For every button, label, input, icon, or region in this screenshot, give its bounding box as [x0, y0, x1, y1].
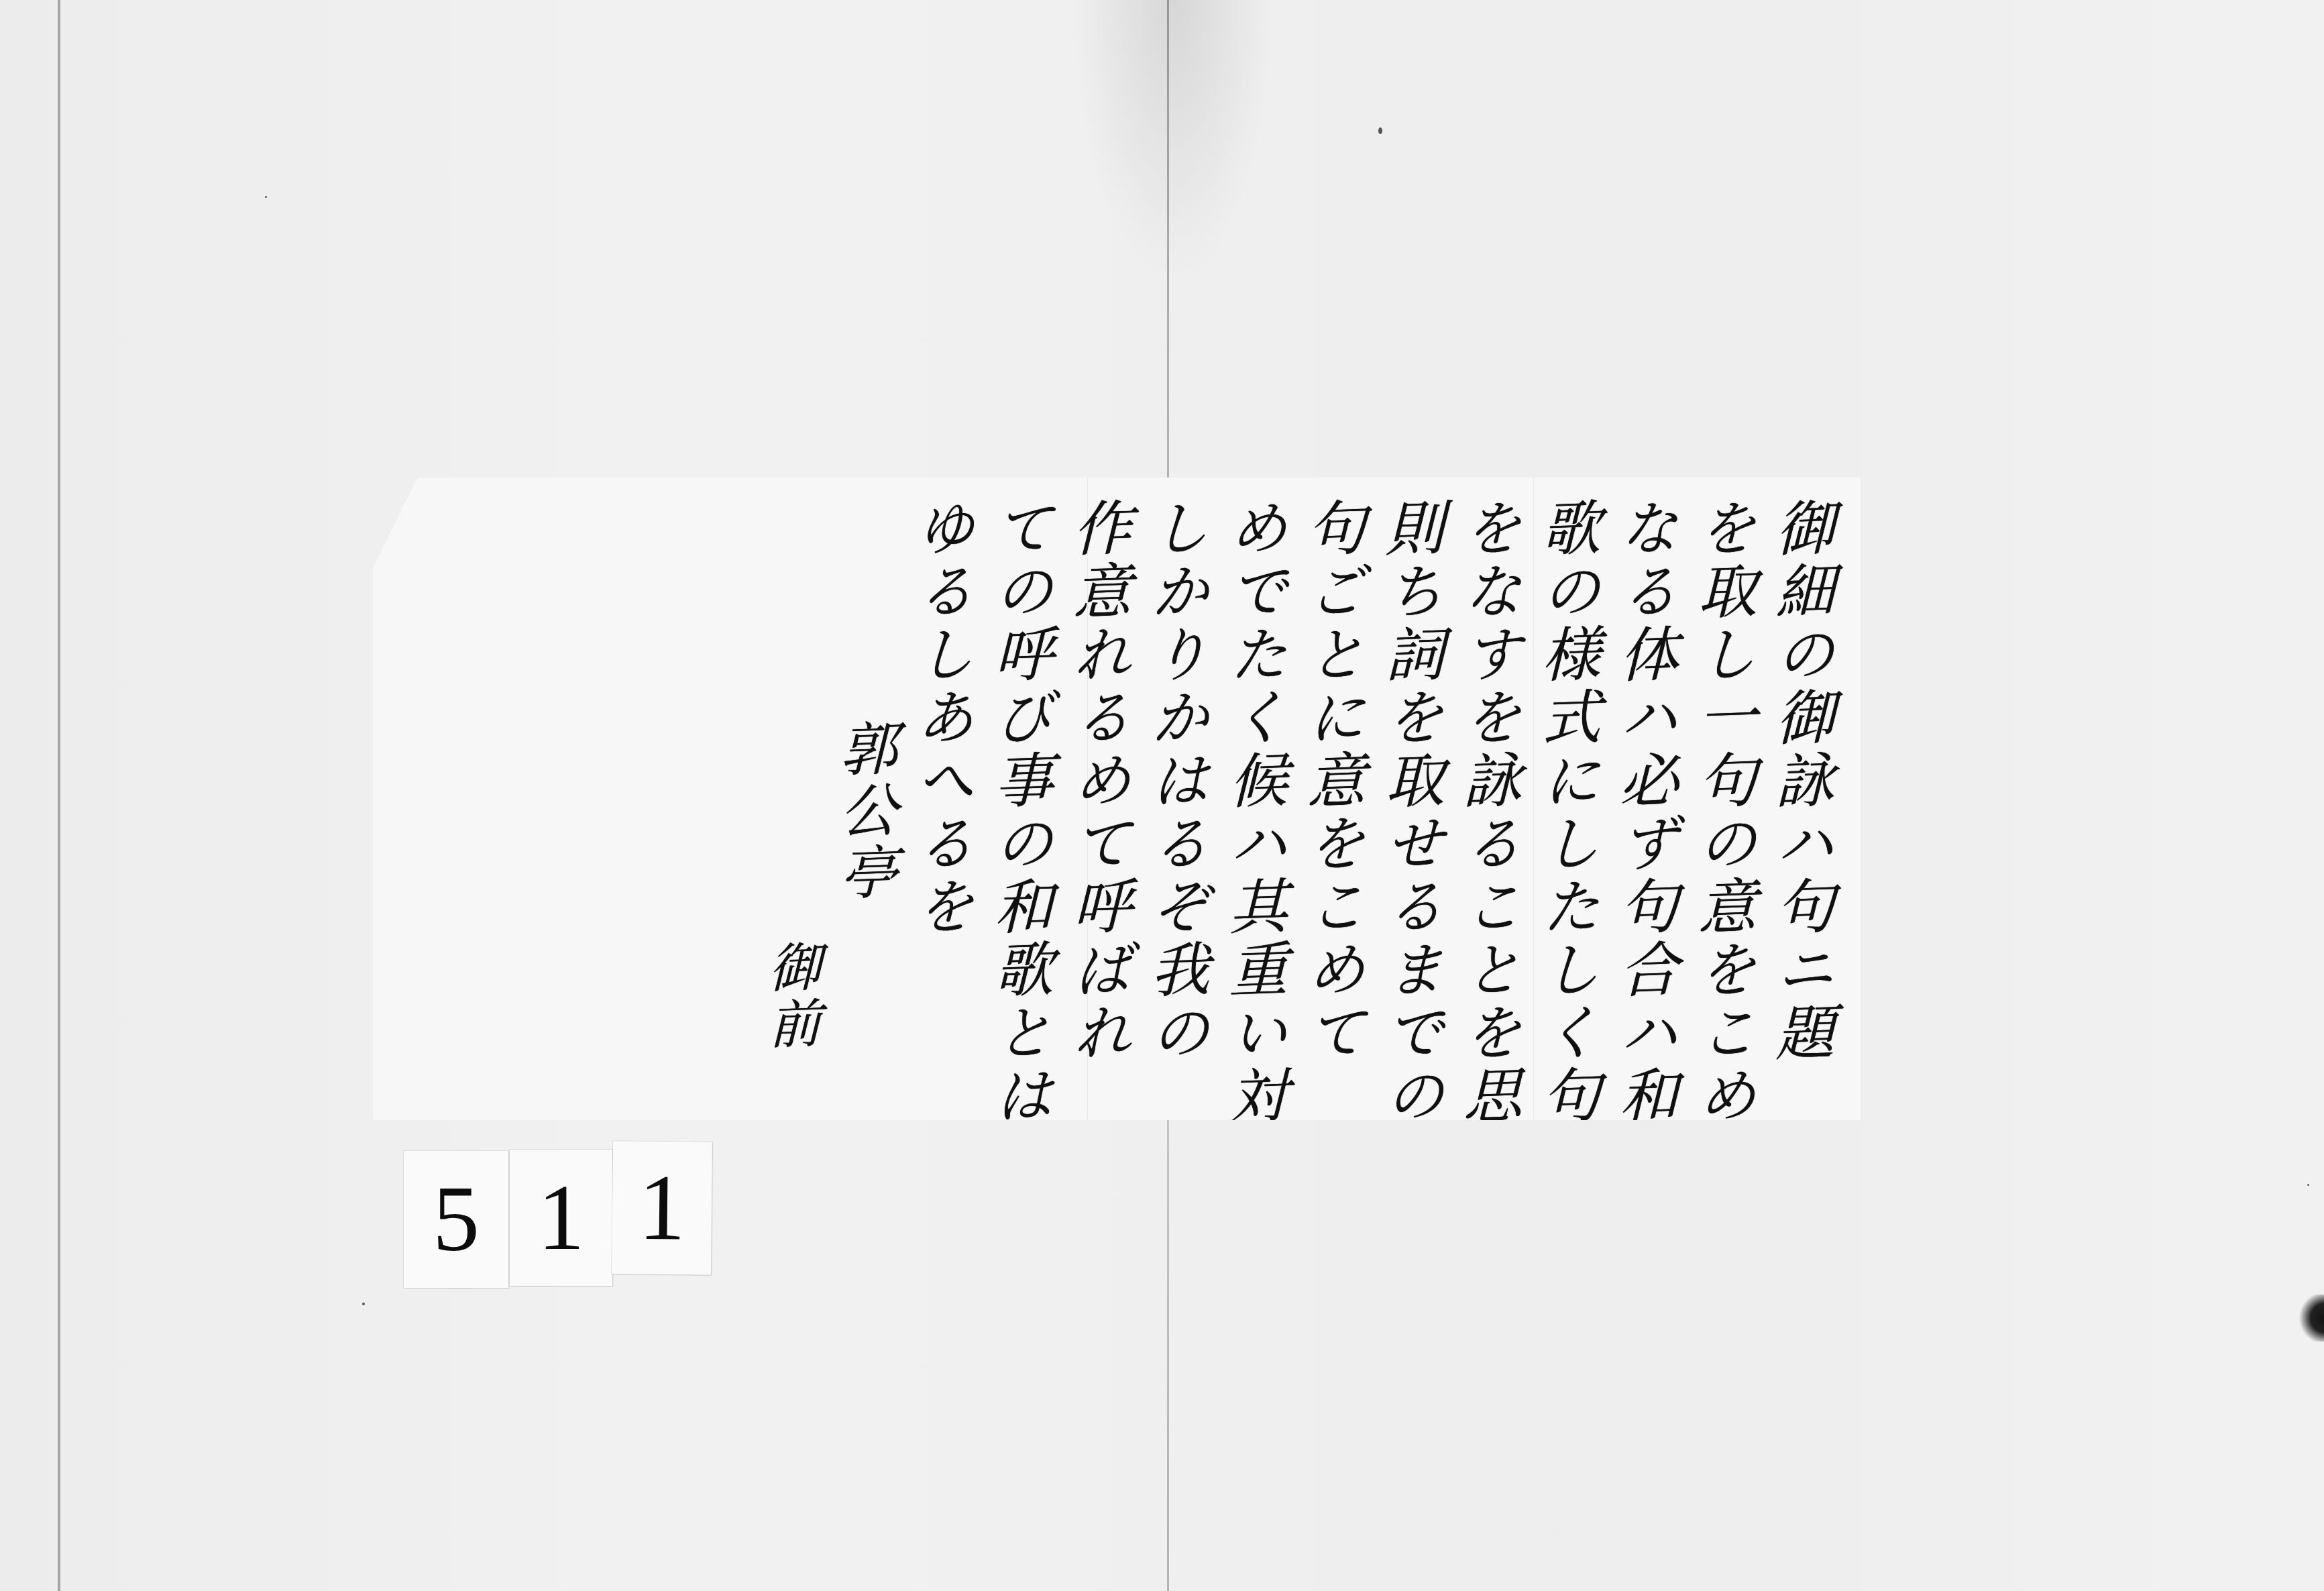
catalog-digit-3: 1 — [612, 1141, 712, 1275]
letter-paper: 御細の御詠ハ句ニ題 を取し一句の意をこめて なる体ハ必ず句合ハ和 歌の様式にした… — [373, 478, 1861, 1120]
catalog-digit-2: 1 — [510, 1150, 612, 1286]
ink-blot — [2297, 1295, 2324, 1341]
text-column-9: しかりかはるぞ我の — [1142, 496, 1209, 1101]
text-column-8: めでたく候ハ其重い対 — [1221, 496, 1287, 1101]
left-margin-strip — [0, 0, 58, 1591]
text-column-12: ゆるしあへるを — [907, 496, 974, 1101]
dust-speck — [265, 196, 267, 198]
text-column-4: 歌の様式にしたしく句 — [1533, 496, 1600, 1101]
text-column-10: 作意れるめて呼ばれ — [1064, 496, 1131, 1101]
text-column-1: 御細の御詠ハ句ニ題 — [1767, 496, 1834, 1101]
signature: 郭公亭 — [831, 718, 895, 1101]
text-column-2: を取し一句の意をこめて — [1690, 496, 1756, 1101]
text-column-3: なる体ハ必ず句合ハ和 — [1611, 496, 1677, 1101]
page-edge-line — [58, 0, 60, 1591]
dust-speck — [1378, 127, 1382, 134]
text-column-7: 句ごとに意をこめて — [1298, 496, 1365, 1101]
dust-speck — [362, 1303, 365, 1305]
dust-speck — [2307, 1184, 2309, 1186]
catalog-digit-1: 5 — [404, 1151, 508, 1288]
text-column-6: 則ち詞を取せるまでの — [1377, 496, 1443, 1101]
addressee: 御前 — [761, 939, 819, 1101]
calligraphy-text: 御細の御詠ハ句ニ題 を取し一句の意をこめて なる体ハ必ず句合ハ和 歌の様式にした… — [474, 498, 1834, 1100]
text-column-5: をなすを詠ることを思ひ — [1455, 496, 1521, 1101]
fold-shadow — [1073, 0, 1274, 282]
text-column-11: ての呼び事の和歌とは — [986, 496, 1052, 1101]
